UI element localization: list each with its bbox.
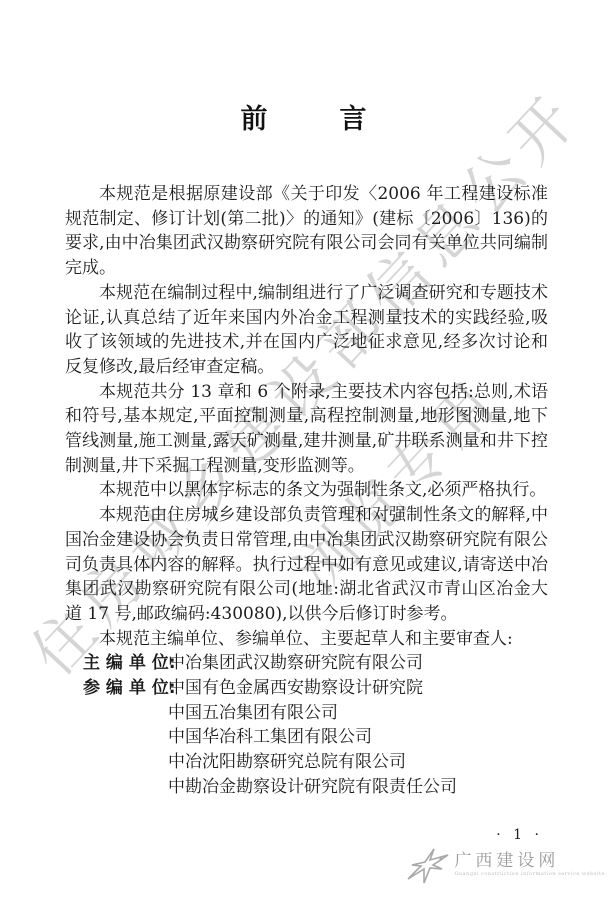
participating-unit: 中国有色金属西安勘察设计研究院 — [168, 676, 548, 701]
participating-unit: 中冶沈阳勘察研究总院有限公司 — [168, 750, 548, 775]
star-icon — [404, 845, 452, 887]
paragraph: 本规范中以黑体字标志的条文为强制性条文,必须严格执行。 — [65, 478, 548, 503]
paragraph: 本规范在编制过程中,编制组进行了广泛调查研究和专题技术论证,认真总结了近年来国内… — [65, 281, 548, 380]
paragraph: 本规范由住房城乡建设部负责管理和对强制性条文的解释,中国冶金建设协会负责日常管理… — [65, 503, 548, 627]
editing-units-block: 主 编 单 位: 中冶集团武汉勘察研究院有限公司 参 编 单 位: 中国有色金属… — [65, 651, 548, 799]
logo-text-wrap: 广西建设网 Guangxi construction information s… — [454, 845, 605, 877]
page-content: 前 言 本规范是根据原建设部《关于印发〈2006 年工程建设标准规范制定、修订计… — [0, 0, 613, 800]
logo-tagline: Guangxi construction information service… — [454, 871, 605, 877]
paragraph: 本规范是根据原建设部《关于印发〈2006 年工程建设标准规范制定、修订计划(第二… — [65, 182, 548, 281]
foreword-body: 本规范是根据原建设部《关于印发〈2006 年工程建设标准规范制定、修订计划(第二… — [65, 182, 548, 800]
site-logo: 广西建设网 Guangxi construction information s… — [404, 845, 605, 887]
chief-editor-label: 主 编 单 位: — [83, 651, 176, 676]
chief-editor-row: 主 编 单 位: 中冶集团武汉勘察研究院有限公司 — [65, 651, 548, 676]
page-number: · 1 · — [496, 827, 543, 843]
participating-units-label: 参 编 单 位: — [83, 676, 176, 701]
page-title: 前 言 — [0, 0, 613, 136]
paragraph: 本规范主编单位、参编单位、主要起草人和主要审查人: — [65, 627, 548, 652]
logo-site-name: 广西建设网 — [454, 851, 605, 871]
document-page: 住房城乡建设部信息公开 浏览专用 前 言 本规范是根据原建设部《关于印发〈200… — [0, 0, 613, 897]
chief-editor-unit: 中冶集团武汉勘察研究院有限公司 — [168, 651, 548, 676]
paragraph: 本规范共分 13 章和 6 个附录,主要技术内容包括:总则,术语和符号,基本规定… — [65, 380, 548, 479]
participating-unit: 中国五冶集团有限公司 — [168, 701, 548, 726]
participating-units-row: 参 编 单 位: 中国有色金属西安勘察设计研究院 中国五冶集团有限公司 中国华冶… — [65, 676, 548, 800]
participating-unit: 中勘冶金勘察设计研究院有限责任公司 — [168, 775, 548, 800]
participating-unit: 中国华冶科工集团有限公司 — [168, 725, 548, 750]
